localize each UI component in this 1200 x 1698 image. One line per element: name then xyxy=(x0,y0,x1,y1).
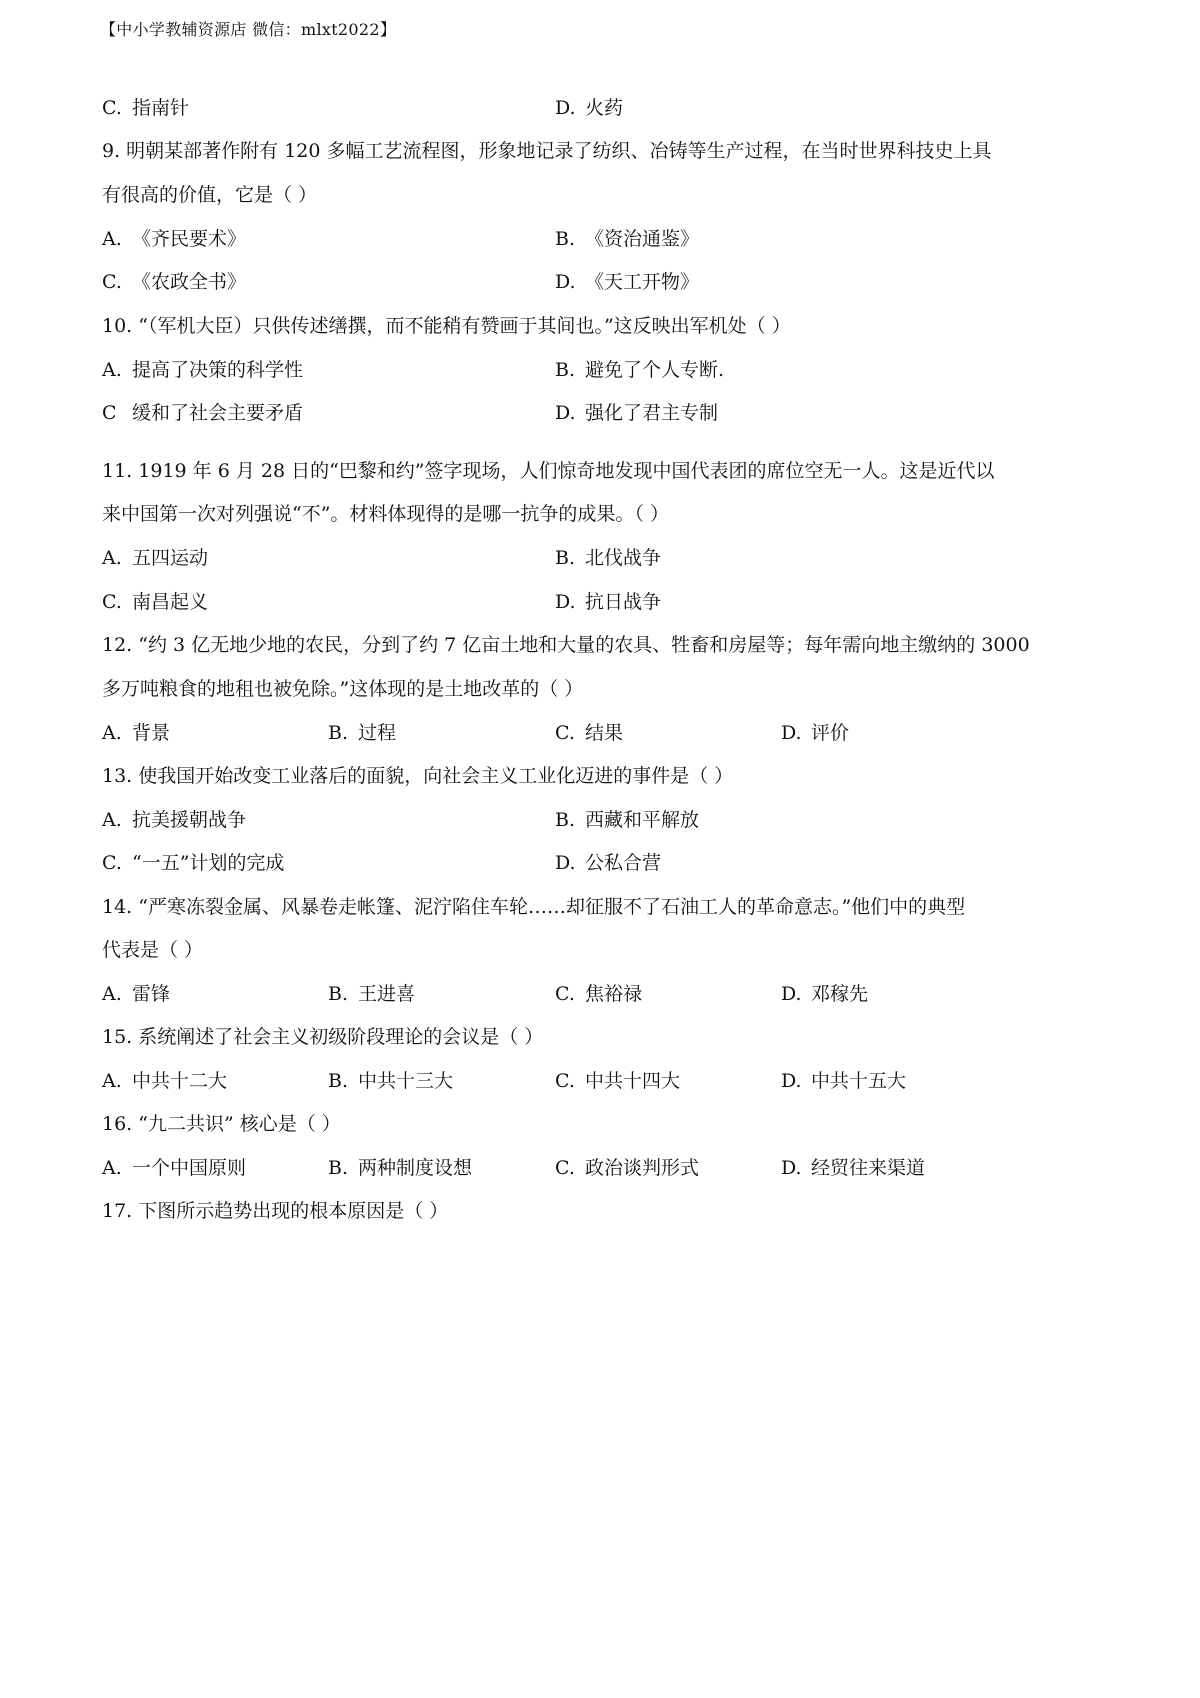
option-text: 中共十五大 xyxy=(811,1070,906,1092)
option-text: 一个中国原则 xyxy=(132,1157,246,1179)
q12-stem-line-1: 12. “约 3 亿无地少地的农民，分到了约 7 亿亩土地和大量的农具、牲畜和房… xyxy=(102,633,1030,657)
option-letter: D. xyxy=(555,401,585,425)
q10-option-d: D.强化了君主专制 xyxy=(555,401,718,425)
q17-stem-line-1: 17. 下图所示趋势出现的根本原因是（ ） xyxy=(102,1199,448,1223)
option-text: 焦裕禄 xyxy=(585,983,642,1005)
option-letter: D. xyxy=(781,1069,811,1093)
q16-stem-line-1: 16. “九二共识” 核心是（ ） xyxy=(102,1112,341,1136)
q10-option-b: B.避免了个人专断. xyxy=(555,358,724,382)
option-text: 邓稼先 xyxy=(811,983,868,1005)
option-letter: D. xyxy=(555,96,585,120)
q14-stem-line-2: 代表是（ ） xyxy=(102,938,203,962)
q14-option-b: B.王进喜 xyxy=(328,982,415,1006)
q9-option-c: C.《农政全书》 xyxy=(102,270,246,294)
option-text: 缓和了社会主要矛盾 xyxy=(132,402,303,424)
q14-option-d: D.邓稼先 xyxy=(781,982,868,1006)
option-letter: B. xyxy=(328,1156,358,1180)
option-text: 《农政全书》 xyxy=(132,271,246,293)
q11-stem-line-1: 11. 1919 年 6 月 28 日的“巴黎和约”签字现场，人们惊奇地发现中国… xyxy=(102,459,995,483)
option-text: 西藏和平解放 xyxy=(585,809,699,831)
option-letter: A. xyxy=(102,546,132,570)
q16-option-d: D.经贸往来渠道 xyxy=(781,1156,925,1180)
option-text: 结果 xyxy=(585,722,623,744)
q10-option-c: C 缓和了社会主要矛盾 xyxy=(102,401,303,425)
q11-option-c: C.南昌起义 xyxy=(102,590,208,614)
option-letter: C. xyxy=(555,982,585,1006)
q12-option-a: A.背景 xyxy=(102,721,170,745)
q15-option-a: A.中共十二大 xyxy=(102,1069,227,1093)
option-letter: A. xyxy=(102,1156,132,1180)
option-letter: C. xyxy=(555,1069,585,1093)
option-text: 北伐战争 xyxy=(585,547,661,569)
option-letter: D. xyxy=(781,1156,811,1180)
option-letter: A. xyxy=(102,1069,132,1093)
option-text: 强化了君主专制 xyxy=(585,402,718,424)
option-text: 中共十三大 xyxy=(358,1070,453,1092)
option-letter: C. xyxy=(102,590,132,614)
option-text: 经贸往来渠道 xyxy=(811,1157,925,1179)
option-letter: A. xyxy=(102,227,132,251)
option-letter: B. xyxy=(555,227,585,251)
option-text: 提高了决策的科学性 xyxy=(132,359,303,381)
option-text: 避免了个人专断. xyxy=(585,359,724,381)
option-letter: D. xyxy=(781,721,811,745)
q9-option-a: A.《齐民要术》 xyxy=(102,227,246,251)
option-text: 抗美援朝战争 xyxy=(132,809,246,831)
q9-stem-line-2: 有很高的价值，它是（ ） xyxy=(102,183,317,207)
option-letter: B. xyxy=(328,721,358,745)
option-text: 雷锋 xyxy=(132,983,170,1005)
option-letter: B. xyxy=(555,358,585,382)
q10-stem-line-1: 10. “（军机大臣）只供传述缮撰，而不能稍有赞画于其间也。”这反映出军机处（ … xyxy=(102,314,791,338)
option-text: 抗日战争 xyxy=(585,591,661,613)
q9-option-d: D.《天工开物》 xyxy=(555,270,699,294)
q13-option-d: D.公私合营 xyxy=(555,851,661,875)
q9-stem-line-1: 9. 明朝某部著作附有 120 多幅工艺流程图，形象地记录了纺织、冶铸等生产过程… xyxy=(102,139,992,163)
option-text: 评价 xyxy=(811,722,849,744)
option-text: 南昌起义 xyxy=(132,591,208,613)
q16-option-c: C.政治谈判形式 xyxy=(555,1156,699,1180)
option-letter: C. xyxy=(555,721,585,745)
option-text: 背景 xyxy=(132,722,170,744)
option-text: 火药 xyxy=(585,97,623,119)
option-text: 《资治通鉴》 xyxy=(585,228,699,250)
option-letter: C. xyxy=(102,96,132,120)
q16-option-a: A.一个中国原则 xyxy=(102,1156,246,1180)
option-text: 政治谈判形式 xyxy=(585,1157,699,1179)
q11-option-d: D.抗日战争 xyxy=(555,590,661,614)
q15-option-c: C.中共十四大 xyxy=(555,1069,680,1093)
q14-stem-line-1: 14. “严寒冻裂金属、风暴卷走帐篷、泥泞陷住车轮……却征服不了石油工人的革命意… xyxy=(102,895,965,919)
option-letter: C. xyxy=(102,851,132,875)
q15-option-d: D.中共十五大 xyxy=(781,1069,906,1093)
q14-option-c: C.焦裕禄 xyxy=(555,982,642,1006)
option-letter: B. xyxy=(555,808,585,832)
q13-option-a: A.抗美援朝战争 xyxy=(102,808,246,832)
option-letter: B. xyxy=(328,982,358,1006)
q12-option-b: B.过程 xyxy=(328,721,396,745)
option-text: 《齐民要术》 xyxy=(132,228,246,250)
option-letter: B. xyxy=(328,1069,358,1093)
q12-option-c: C.结果 xyxy=(555,721,623,745)
option-letter: C. xyxy=(555,1156,585,1180)
option-text: 《天工开物》 xyxy=(585,271,699,293)
option-letter: B. xyxy=(555,546,585,570)
option-text: “一五”计划的完成 xyxy=(132,852,284,874)
option-text: 指南针 xyxy=(132,97,189,119)
option-text: 过程 xyxy=(358,722,396,744)
option-letter: D. xyxy=(555,270,585,294)
option-text: 王进喜 xyxy=(358,983,415,1005)
q11-option-a: A.五四运动 xyxy=(102,546,208,570)
q13-stem-line-1: 13. 使我国开始改变工业落后的面貌，向社会主义工业化迈进的事件是（ ） xyxy=(102,764,733,788)
q8-option-d: D.火药 xyxy=(555,96,623,120)
option-text: 中共十二大 xyxy=(132,1070,227,1092)
q15-option-b: B.中共十三大 xyxy=(328,1069,453,1093)
option-letter: A. xyxy=(102,358,132,382)
option-letter: D. xyxy=(781,982,811,1006)
q11-option-b: B.北伐战争 xyxy=(555,546,661,570)
option-text: 公私合营 xyxy=(585,852,661,874)
q13-option-b: B.西藏和平解放 xyxy=(555,808,699,832)
q9-option-b: B.《资治通鉴》 xyxy=(555,227,699,251)
watermark-header: 【中小学教辅资源店 微信：mlxt2022】 xyxy=(100,17,396,40)
q8-option-c: C.指南针 xyxy=(102,96,189,120)
option-letter: D. xyxy=(555,851,585,875)
option-letter: A. xyxy=(102,721,132,745)
option-letter: D. xyxy=(555,590,585,614)
q13-option-c: C.“一五”计划的完成 xyxy=(102,851,284,875)
option-text: 两种制度设想 xyxy=(358,1157,472,1179)
q15-stem-line-1: 15. 系统阐述了社会主义初级阶段理论的会议是（ ） xyxy=(102,1025,543,1049)
option-text: 五四运动 xyxy=(132,547,208,569)
q12-option-d: D.评价 xyxy=(781,721,849,745)
option-letter: C xyxy=(102,401,132,425)
option-letter: A. xyxy=(102,808,132,832)
q10-option-a: A.提高了决策的科学性 xyxy=(102,358,303,382)
q11-stem-line-2: 来中国第一次对列强说“不”。材料体现得的是哪一抗争的成果。（ ） xyxy=(102,502,669,526)
option-text: 中共十四大 xyxy=(585,1070,680,1092)
option-letter: C. xyxy=(102,270,132,294)
q12-stem-line-2: 多万吨粮食的地租也被免除。”这体现的是土地改革的（ ） xyxy=(102,677,583,701)
q14-option-a: A.雷锋 xyxy=(102,982,170,1006)
q16-option-b: B.两种制度设想 xyxy=(328,1156,472,1180)
option-letter: A. xyxy=(102,982,132,1006)
